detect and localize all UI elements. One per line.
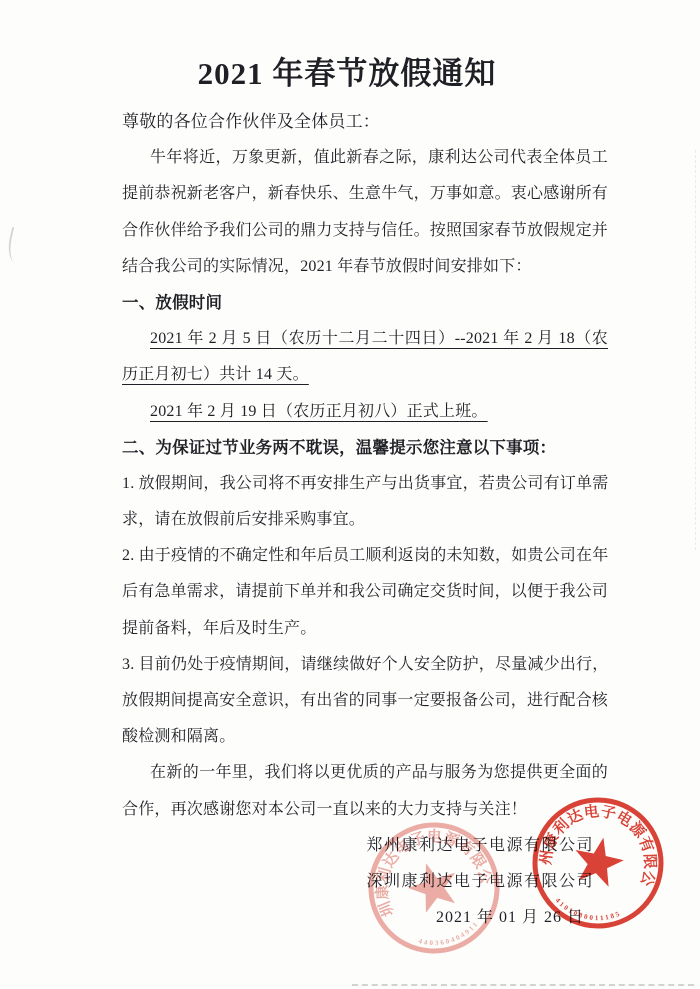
notice-item-3: 酸检测和隔离。 — [122, 719, 608, 755]
underlined-text: 2021 年 2 月 5 日（农历十二月二十四日）--2021 年 2 月 18… — [150, 330, 608, 347]
holiday-dates-line: 2021 年 2 月 5 日（农历十二月二十四日）--2021 年 2 月 18… — [122, 321, 608, 357]
notice-document: 2021 年春节放假通知 尊敬的各位合作伙伴及全体员工： 牛年将近，万象更新，值… — [122, 0, 608, 936]
underlined-text: 历正月初七）共计 14 天。 — [122, 366, 309, 383]
closing-line: 在新的一年里，我们将以更优质的产品与服务为您提供更全面的 — [122, 755, 608, 791]
scan-edge-artifact-right — [695, 150, 696, 550]
page-title: 2021 年春节放假通知 — [104, 52, 590, 96]
seal-rim-text: 深圳康利达电子电源有限公司 — [368, 822, 496, 920]
intro-line: 提前恭祝新老客户，新春快乐、生意牛气，万事如意。衷心感谢所有 — [122, 176, 608, 212]
notice-item-3: 放假期间提高安全意识，有出省的同事一定要报备公司，进行配合核 — [122, 683, 608, 719]
notice-item-3: 3. 目前仍处于疫情期间，请继续做好个人安全防护，尽量减少出行， — [122, 647, 608, 683]
scan-smudge-artifact — [4, 227, 26, 263]
intro-line: 结合我公司的实际情况，2021 年春节放假时间安排如下： — [122, 249, 608, 285]
scan-edge-artifact-bottom — [352, 984, 694, 986]
notice-item-2: 2. 由于疫情的不确定性和年后员工顺利返岗的未知数，如贵公司在年 — [122, 538, 608, 574]
notice-item-2: 后有急单需求，请提前下单并和我公司确定交货时间，以便于我公司 — [122, 574, 608, 610]
notice-item-1: 1. 放假期间，我公司将不再安排生产与出货事宜，若贵公司有订单需 — [122, 466, 608, 502]
section-2-heading: 二、为保证过节业务两不耽误，温馨提示您注意以下事项： — [122, 430, 608, 466]
section-1-heading: 一、放假时间 — [122, 285, 608, 321]
holiday-dates-line: 历正月初七）共计 14 天。 — [122, 357, 608, 393]
notice-item-1: 求，请在放假前后安排采购事宜。 — [122, 502, 608, 538]
star-icon — [569, 832, 627, 888]
back-to-work-line: 2021 年 2 月 19 日（农历正月初八）正式上班。 — [122, 394, 608, 430]
company-seal-shenzhen: 深圳康利达电子电源有限公司 440360404911 — [368, 822, 500, 954]
intro-line: 合作伙伴给予我们公司的鼎力支持与信任。按照国家春节放假规定并 — [122, 213, 608, 249]
underlined-text: 2021 年 2 月 19 日（农历正月初八）正式上班。 — [150, 403, 488, 420]
notice-item-2: 提前备料，年后及时生产。 — [122, 611, 608, 647]
company-seal-zhengzhou: 郑州康利达电子电源有限公司 4101080011185 — [532, 797, 664, 929]
intro-line: 牛年将近，万象更新，值此新春之际，康利达公司代表全体员工 — [122, 140, 608, 176]
svg-text:深圳康利达电子电源有限公司: 深圳康利达电子电源有限公司 — [368, 822, 496, 920]
salutation: 尊敬的各位合作伙伴及全体员工： — [122, 104, 608, 140]
star-icon — [402, 856, 464, 916]
